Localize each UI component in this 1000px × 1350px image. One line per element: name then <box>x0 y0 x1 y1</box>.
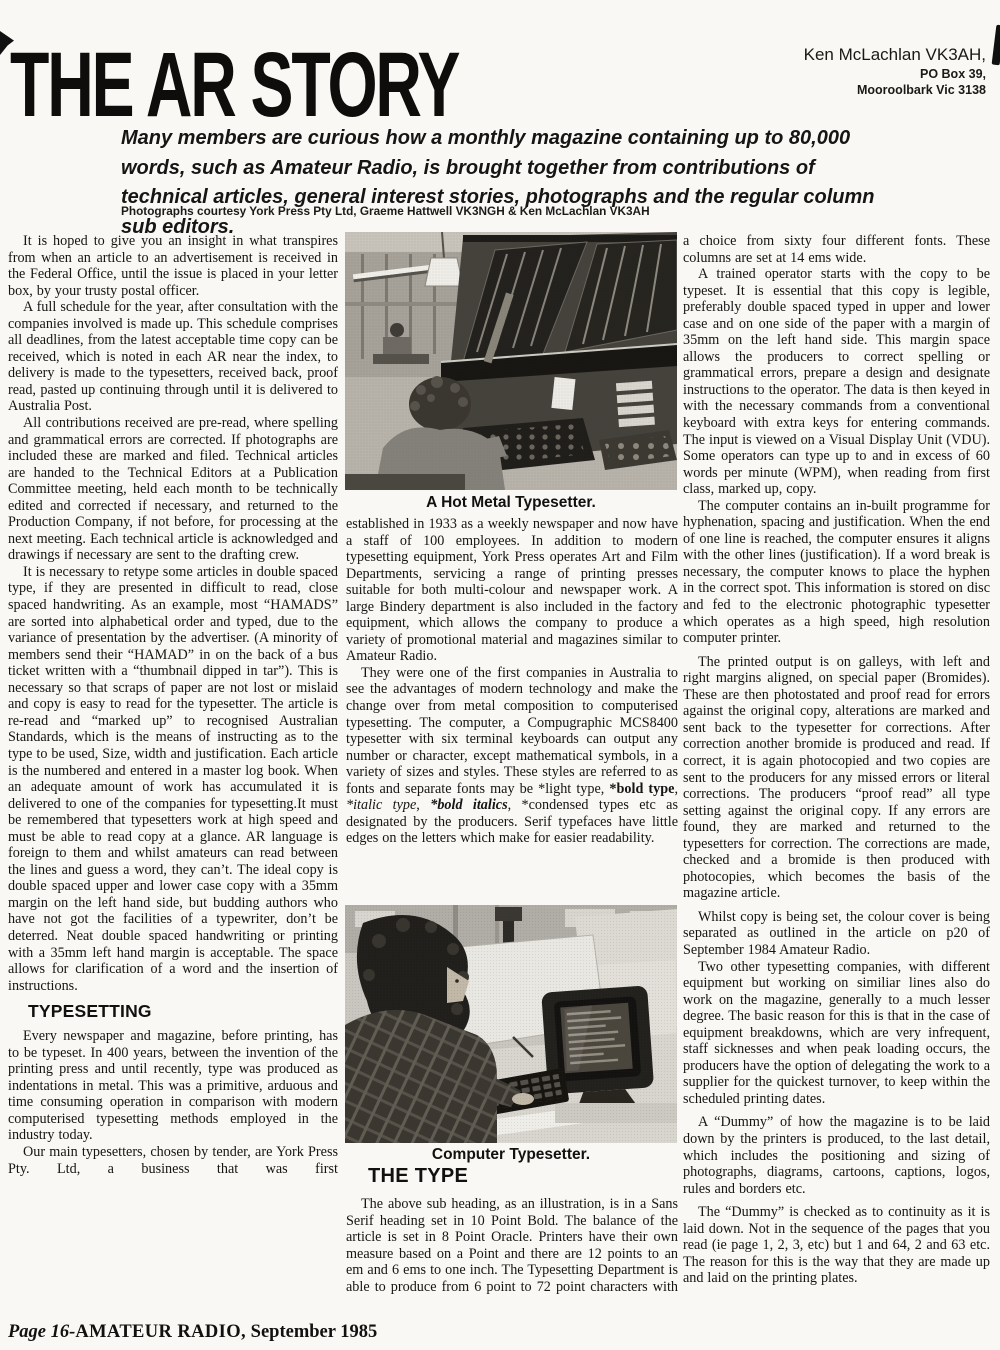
italic-type-sample: *italic type <box>346 797 416 813</box>
paragraph: The computer contains an in-built progra… <box>683 498 990 647</box>
author-address-line2: Mooroolbark Vic 3138 <box>804 82 986 98</box>
section-heading-the-type: THE TYPE <box>368 1165 468 1188</box>
hot-metal-photo-illustration <box>345 232 677 490</box>
paragraph-fonts: They were one of the first companies in … <box>346 665 678 847</box>
paragraph: All contributions received are pre-read,… <box>8 415 338 564</box>
paragraph: established in 1933 as a weekly newspape… <box>346 516 678 665</box>
scan-artifact-top-right <box>992 25 1000 66</box>
paragraph: A full schedule for the year, after cons… <box>8 299 338 415</box>
paragraph: It is necessary to retype some articles … <box>8 564 338 994</box>
author-name: Ken McLachlan VK3AH, <box>804 44 986 66</box>
footer-issue-date: September 1985 <box>246 1322 377 1342</box>
page-footer: Page 16-AMATEUR RADIO, September 1985 <box>8 1322 377 1343</box>
bold-italic-type-sample: *bold italics <box>430 797 507 813</box>
comma: , <box>674 781 678 797</box>
footer-magazine-name: AMATEUR RADIO, <box>75 1322 246 1342</box>
middle-column-text: established in 1933 as a weekly newspape… <box>346 516 678 847</box>
author-address-line1: PO Box 39, <box>804 66 986 82</box>
author-block: Ken McLachlan VK3AH, PO Box 39, Mooroolb… <box>804 44 986 98</box>
left-column: It is hoped to give you an insight in wh… <box>8 233 338 1177</box>
computer-typesetter-photo <box>345 905 677 1143</box>
paragraph: The “Dummy” is checked as to continuity … <box>683 1204 990 1287</box>
paragraph: The above sub heading, as an illustratio… <box>346 1196 678 1295</box>
section-heading-typesetting: TYPESETTING <box>28 1001 338 1022</box>
paragraph: Our main typesetters, chosen by tender, … <box>8 1144 338 1177</box>
paragraph: Every newspaper and magazine, before pri… <box>8 1028 338 1144</box>
page-title: THE AR STORY <box>10 42 458 129</box>
computer-photo-illustration <box>345 905 677 1143</box>
bold-type-sample: *bold type <box>609 781 674 797</box>
paragraph: A “Dummy” of how the magazine is to be l… <box>683 1114 990 1197</box>
hot-metal-typesetter-photo <box>345 232 677 490</box>
paragraph: Two other typesetting companies, with di… <box>683 959 990 1108</box>
comma: , <box>416 797 430 813</box>
middle-column-type-text: The above sub heading, as an illustratio… <box>346 1196 678 1295</box>
intro-abstract: Many members are curious how a monthly m… <box>121 124 901 242</box>
photo2-caption: Computer Typesetter. <box>345 1146 677 1164</box>
paragraph: The printed output is on galleys, with l… <box>683 654 990 902</box>
photo1-caption: A Hot Metal Typesetter. <box>345 494 677 512</box>
paragraph: a choice from sixty four different fonts… <box>683 233 990 266</box>
paragraph: It is hoped to give you an insight in wh… <box>8 233 338 299</box>
fonts-para-lead: They were one of the first companies in … <box>346 665 678 797</box>
photo-credit: Photographs courtesy York Press Pty Ltd,… <box>121 204 650 218</box>
right-column: a choice from sixty four different fonts… <box>683 233 990 1287</box>
paragraph: Whilst copy is being set, the colour cov… <box>683 909 990 959</box>
paragraph: A trained operator starts with the copy … <box>683 266 990 498</box>
footer-page-number: Page 16- <box>8 1322 75 1342</box>
